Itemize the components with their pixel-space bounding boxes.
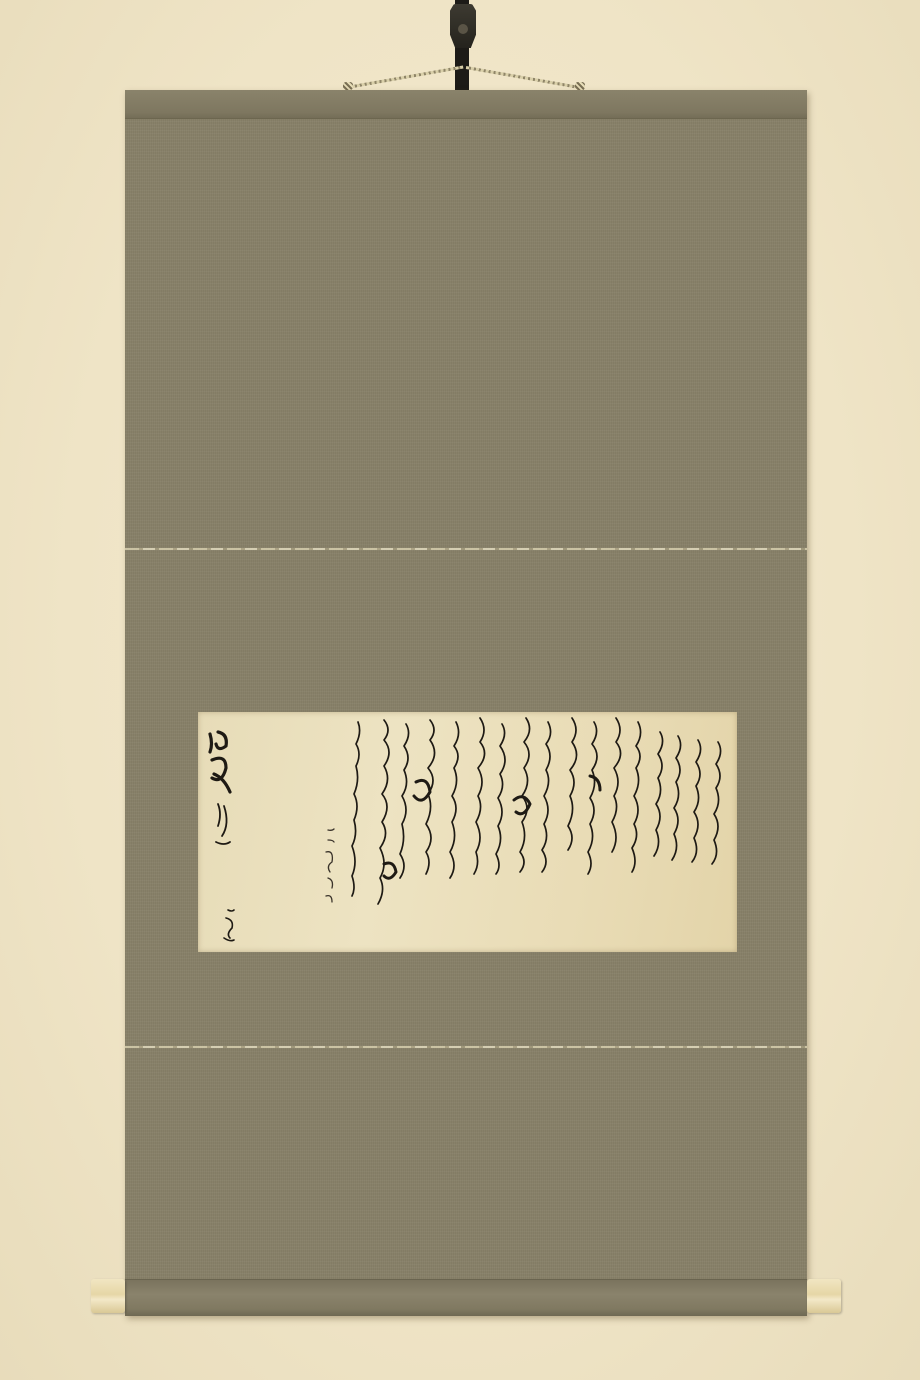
- cord-knot-right: [575, 82, 585, 90]
- upper-seam: [125, 548, 807, 550]
- lower-seam: [125, 1046, 807, 1048]
- top-rod: [125, 90, 807, 119]
- bottom-roller: [125, 1279, 807, 1316]
- roller-end-cap-left: [91, 1279, 125, 1313]
- calligraphy-paper: [198, 712, 737, 952]
- hanging-scroll: [125, 90, 807, 1316]
- calligraphy-strokes: [198, 712, 737, 952]
- roller-end-cap-right: [807, 1279, 841, 1313]
- hanger-rivet: [458, 24, 468, 34]
- cord-knot-left: [343, 82, 353, 90]
